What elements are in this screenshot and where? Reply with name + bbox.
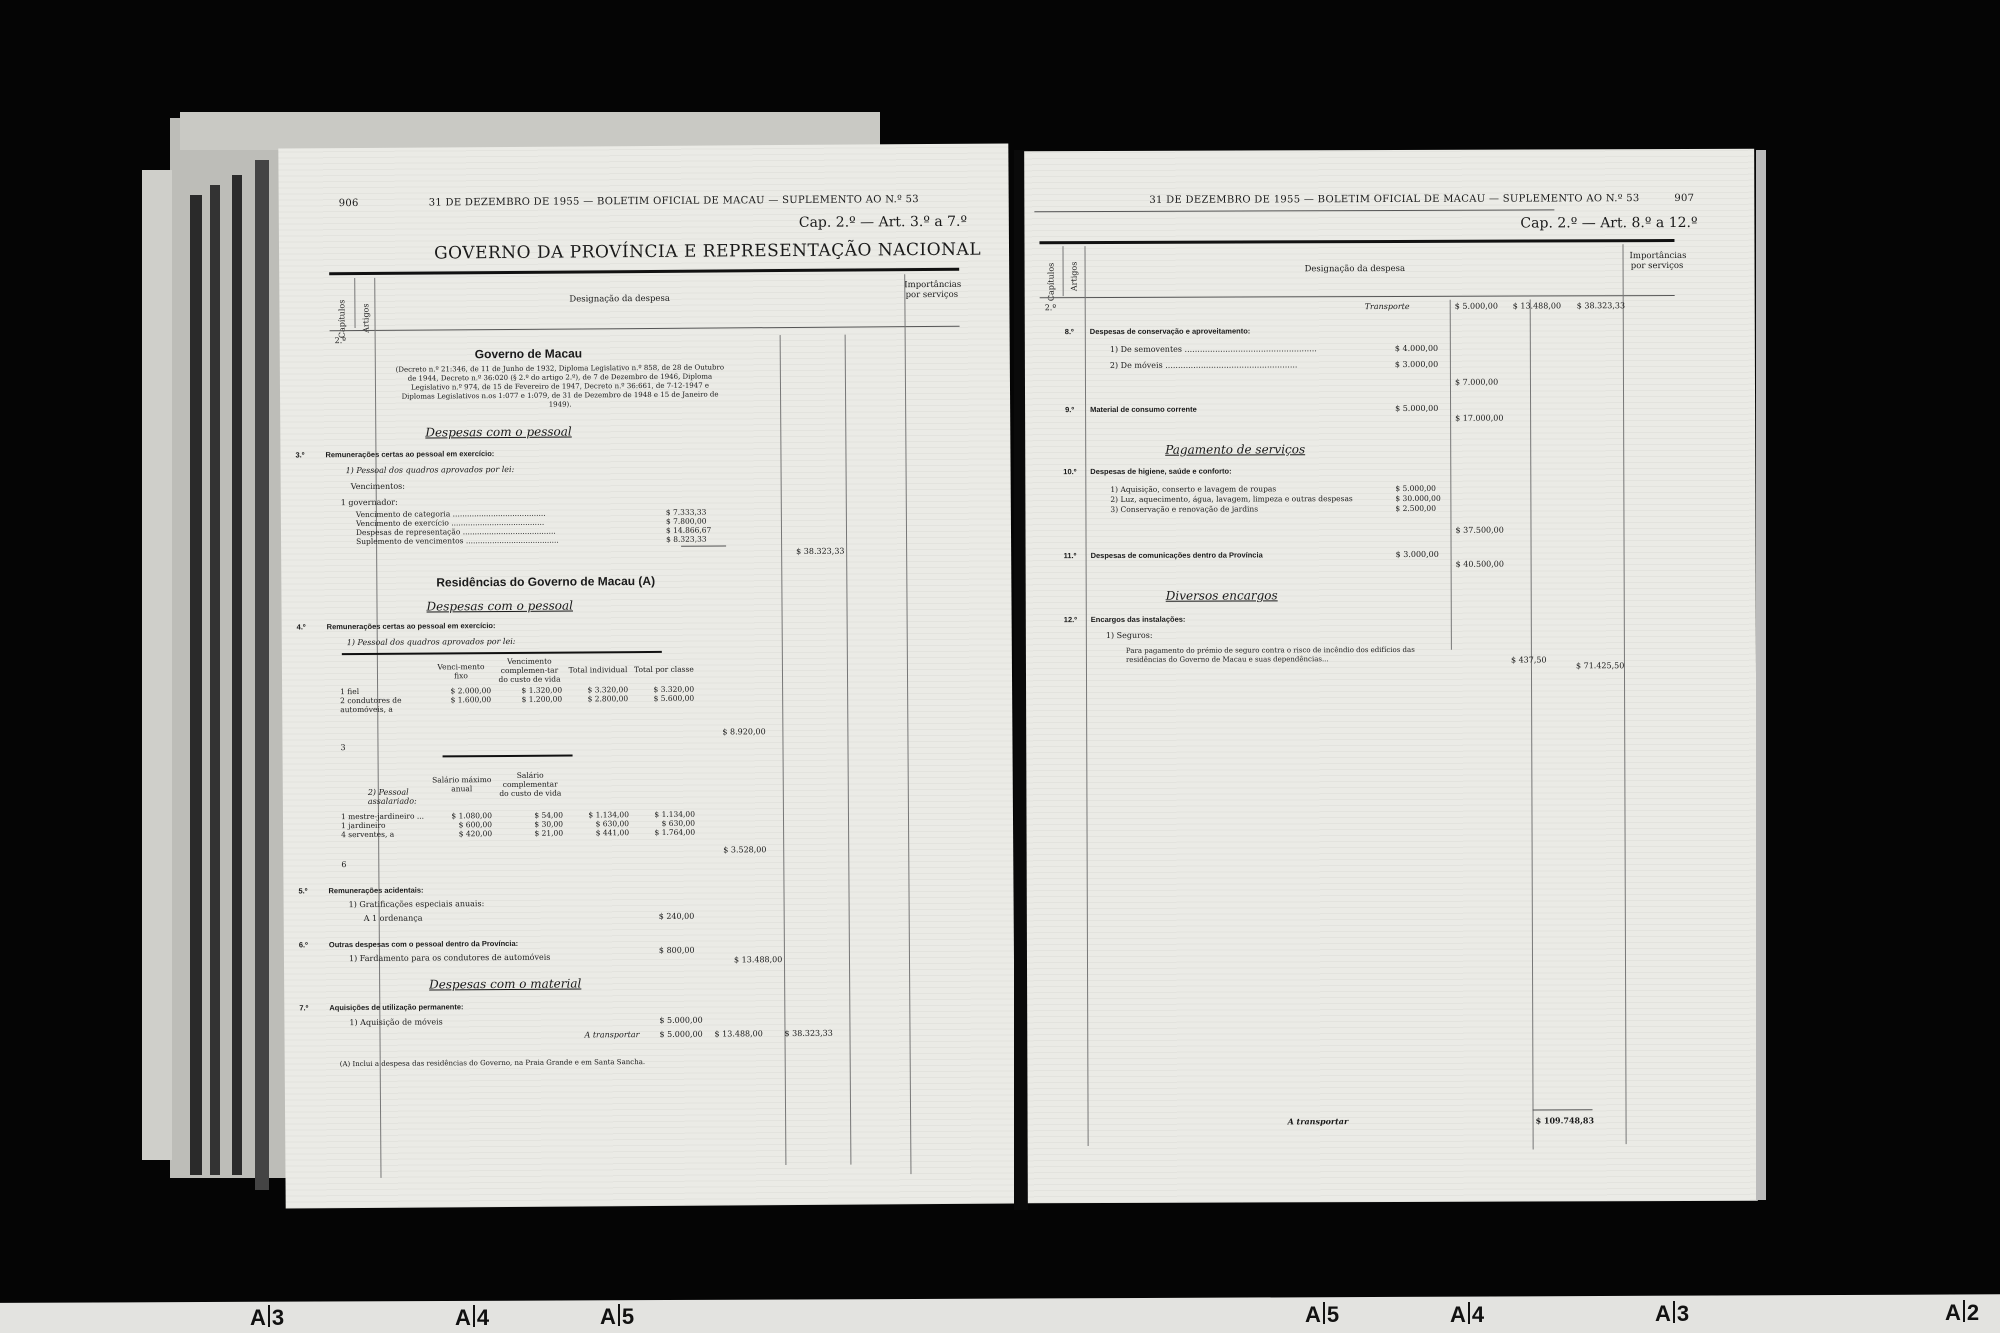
item-label: 1) Aquisição de móveis	[349, 1017, 442, 1027]
film-frame-mark: A3	[250, 1305, 284, 1331]
legal-note: (Decreto n.º 21:346, de 11 de Junho de 1…	[395, 363, 725, 410]
item-text: Para pagamento do prémio de seguro contr…	[1126, 646, 1426, 665]
table-header: Total por classe	[631, 654, 697, 685]
article-number: 7.º	[299, 1003, 308, 1012]
transport-label: Transporte	[1365, 302, 1410, 311]
line-label: 1) De semoventes .......................…	[1110, 344, 1317, 354]
table-cell: $ 3.320,00	[565, 685, 631, 694]
table-cell: $ 600,00	[429, 820, 495, 829]
table-header: Total individual	[565, 654, 631, 685]
col-capitulos: Capítulos	[337, 300, 346, 338]
chapter-number: 2.º	[1045, 303, 1056, 312]
film-frame-mark: A4	[455, 1305, 489, 1331]
table-cell: $ 1.764,00	[632, 828, 698, 837]
film-frame-mark: A5	[1305, 1302, 1339, 1328]
amount: $ 437,50	[1511, 655, 1547, 664]
column-divider	[904, 274, 911, 1174]
rule	[1040, 295, 1675, 298]
table-header: Venci-mento fixo	[428, 655, 494, 686]
table-cell: $ 1.600,00	[428, 695, 494, 713]
film-frame-mark: A4	[1450, 1302, 1484, 1328]
subtotal: $ 17.000,00	[1455, 414, 1503, 423]
running-header: 31 DE DEZEMBRO DE 1955 — BOLETIM OFICIAL…	[429, 194, 919, 208]
table-cell: 2 condutores de automóveis, a	[337, 696, 428, 715]
subheading: Despesas com o pessoal	[426, 599, 573, 614]
item-label: 1) Pessoal dos quadros aprovados por lei…	[346, 465, 515, 475]
article-title: Despesas de higiene, saúde e conforto:	[1090, 467, 1231, 476]
article-title: Aquisições de utilização permanente:	[329, 1002, 463, 1012]
amount: $ 5.000,00	[1395, 404, 1438, 413]
article-number: 12.º	[1064, 615, 1077, 624]
page-number: 906	[339, 198, 359, 209]
table-cell: $ 1.080,00	[429, 811, 495, 820]
table2-total: $ 3.528,00	[723, 845, 766, 854]
line-label: Suplemento de vencimentos ..............…	[356, 536, 559, 546]
film-frame-mark: A3	[1655, 1301, 1689, 1327]
table-cell: $ 630,00	[566, 819, 632, 828]
column-divider	[1622, 244, 1626, 1144]
item-label: 1) Pessoal dos quadros aprovados por lei…	[347, 637, 516, 647]
article-title: Remunerações certas ao pessoal em exercí…	[327, 621, 496, 631]
table-header: Salário máximo anual	[429, 757, 495, 811]
table-row: 2 condutores de automóveis, a$ 1.600,00$…	[337, 694, 697, 715]
art8-lines: 1) De semoventes .......................…	[1024, 149, 1754, 152]
carry-label: A transportar	[1288, 1116, 1349, 1126]
section-title: GOVERNO DA PROVÍNCIA E REPRESENTAÇÃO NAC…	[434, 240, 981, 264]
carry-value: $ 38.323,33	[784, 1029, 832, 1038]
article-title: Despesas de comunicações dentro da Proví…	[1091, 550, 1263, 560]
rule	[330, 326, 960, 331]
column-divider	[354, 278, 355, 328]
amount: $ 240,00	[659, 912, 695, 921]
art3-total: $ 38.323,33	[796, 547, 844, 556]
column-divider	[845, 335, 852, 1165]
table-count: 3	[340, 743, 345, 752]
column-divider	[1062, 246, 1063, 296]
line-label: 2) Luz, aquecimento, água, lavagem, limp…	[1110, 494, 1352, 504]
transport-value: $ 13.488,00	[1513, 301, 1561, 310]
table1-total: $ 8.920,00	[722, 727, 765, 736]
item-label: Vencimentos:	[351, 482, 405, 491]
film-frame-mark: A5	[600, 1304, 634, 1330]
item-label: 1 governador:	[341, 498, 398, 507]
article-number: 3.º	[295, 450, 304, 459]
article-title: Despesas de conservação e aproveitamento…	[1090, 326, 1251, 336]
rule	[1034, 209, 1554, 212]
line-amount: $ 14.866,67	[666, 526, 711, 535]
amount: $ 800,00	[659, 946, 695, 955]
subtotal: $ 71.425,50	[1576, 661, 1624, 670]
heading-residencias: Residências do Governo de Macau (A)	[436, 574, 655, 590]
table-cell: $ 441,00	[566, 828, 632, 837]
carry-label: A transportar	[584, 1030, 639, 1039]
subtotal: $ 7.000,00	[1455, 378, 1498, 387]
running-header: 31 DE DEZEMBRO DE 1955 — BOLETIM OFICIAL…	[1149, 193, 1639, 206]
col-importancias: Importâncias por serviços	[904, 280, 959, 300]
col-artigos: Artigos	[1070, 262, 1079, 291]
table-cell: $ 2.800,00	[565, 694, 631, 712]
line-amount: $ 4.000,00	[1395, 344, 1438, 353]
rule	[329, 268, 959, 275]
rule	[1039, 239, 1674, 244]
column-divider	[374, 278, 381, 1178]
table-cell: $ 54,00	[495, 811, 566, 820]
carry-value: $ 13.488,00	[714, 1029, 762, 1038]
heading-governo: Governo de Macau	[475, 346, 582, 361]
transport-value: $ 38.323,33	[1577, 301, 1625, 310]
article-title: Remunerações acidentais:	[328, 886, 423, 896]
table-cell: $ 630,00	[632, 819, 698, 828]
chapter-ref: Cap. 2.º — Art. 3.º a 7.º	[799, 214, 967, 231]
film-frame-mark: A2	[1945, 1300, 1979, 1326]
article-title: Material de consumo corrente	[1090, 405, 1197, 414]
table-cell: 4 serventes, a	[338, 830, 429, 840]
column-divider	[1530, 300, 1534, 1150]
article-number: 4.º	[297, 622, 306, 631]
line-label: 3) Conservação e renovação de jardins	[1110, 504, 1258, 514]
table-cell: $ 1.200,00	[494, 695, 565, 713]
subtotal: $ 40.500,00	[1456, 560, 1504, 569]
column-divider	[1450, 300, 1452, 650]
film-strip	[0, 1290, 2000, 1333]
carry-value: $ 109.748,83	[1536, 1115, 1594, 1125]
chapter-ref: Cap. 2.º — Art. 8.º a 12.º	[1520, 215, 1697, 232]
col-importancias: Importâncias por serviços	[1630, 251, 1685, 271]
amount: $ 3.000,00	[1396, 550, 1439, 559]
footnote: (A) Inclui a despesa das residências do …	[340, 1058, 645, 1069]
line-amount: $ 7.800,00	[666, 517, 707, 526]
table-row: 4 serventes, a$ 420,00$ 21,00$ 441,00$ 1…	[338, 828, 698, 840]
page-stack-edge	[255, 160, 269, 1190]
article-number: 8.º	[1065, 327, 1074, 336]
page-number: 907	[1674, 193, 1694, 204]
line-label: 1) Aquisição, conserto e lavagem de roup…	[1110, 484, 1276, 494]
art10-lines: 1) Aquisição, conserto e lavagem de roup…	[1024, 149, 1754, 152]
col-designacao: Designação da despesa	[1305, 264, 1406, 274]
transport-value: $ 5.000,00	[1455, 302, 1498, 311]
chapter-number: 2.º	[335, 336, 346, 345]
article-title: Remunerações certas ao pessoal em exercí…	[325, 449, 494, 459]
table-cell: $ 2.000,00	[428, 686, 494, 695]
amount: $ 5.000,00	[659, 1016, 702, 1025]
table-cell: $ 1.134,00	[566, 810, 632, 819]
article-number: 5.º	[298, 886, 307, 895]
rule	[1533, 1109, 1593, 1110]
line-amount: $ 7.333,33	[666, 508, 707, 517]
col-designacao: Designação da despesa	[569, 294, 670, 305]
table-cell: $ 420,00	[429, 829, 495, 838]
line-label: 2) De móveis ...........................…	[1110, 360, 1298, 370]
table-header: Salário complementar do custo de vida	[495, 757, 566, 811]
article-title: Encargos das instalações:	[1091, 615, 1186, 624]
col-capitulos: Capítulos	[1047, 263, 1056, 301]
table-header: Vencimento complemen-tar do custo de vid…	[494, 655, 565, 686]
article-number: 6.º	[299, 940, 308, 949]
subheading: Diversos encargos	[1166, 588, 1278, 602]
page-stack-edge	[170, 118, 290, 1178]
column-divider	[1084, 246, 1088, 1146]
article-number: 11.º	[1064, 551, 1077, 560]
table-cell: $ 3.320,00	[631, 685, 697, 694]
subtotal: $ 13.488,00	[734, 955, 782, 964]
subheading: Pagamento de serviços	[1165, 442, 1305, 456]
line-amount: $ 30.000,00	[1395, 494, 1440, 503]
item-label: 1) Gratificações especiais anuais:	[349, 899, 485, 909]
line-amount: $ 2.500,00	[1395, 504, 1436, 513]
table-cell: $ 1.134,00	[632, 810, 698, 819]
table-cell: $ 5.600,00	[631, 694, 697, 712]
col-artigos: Artigos	[361, 304, 370, 333]
rule	[681, 545, 726, 546]
article-number: 10.º	[1063, 467, 1076, 476]
page-stack-edge	[190, 195, 202, 1175]
carry-value: $ 5.000,00	[659, 1030, 702, 1039]
table-count: 6	[341, 860, 346, 869]
item-label: 1) Seguros:	[1106, 631, 1153, 640]
item-label: A 1 ordenança	[364, 914, 423, 923]
subtotal: $ 37.500,00	[1455, 526, 1503, 535]
column-divider	[780, 335, 787, 1165]
table-cell: $ 30,00	[495, 820, 566, 829]
item-label: 1) Fardamento para os condutores de auto…	[349, 953, 550, 963]
page-stack-edge	[142, 170, 172, 1160]
table-cell: 1 mestre-jardineiro ...	[338, 812, 429, 822]
right-page: 31 DE DEZEMBRO DE 1955 — BOLETIM OFICIAL…	[1024, 149, 1758, 1204]
page-stack-edge	[232, 175, 242, 1175]
article-title: Outras despesas com o pessoal dentro da …	[329, 939, 518, 949]
left-page: 906 31 DE DEZEMBRO DE 1955 — BOLETIM OFI…	[278, 143, 1015, 1208]
line-amount: $ 3.000,00	[1395, 360, 1438, 369]
staff-table-2: Salário máximo anual Salário complementa…	[338, 756, 699, 840]
article-number: 9.º	[1065, 405, 1074, 414]
line-amount: $ 5.000,00	[1395, 484, 1436, 493]
staff-table-1: Venci-mento fixo Vencimento complemen-ta…	[337, 654, 697, 715]
subheading: Despesas com o material	[429, 976, 581, 991]
line-amount: $ 8.323,33	[666, 535, 707, 544]
page-stack-edge	[210, 185, 220, 1175]
page-stack-edge	[1756, 150, 1766, 1200]
table-cell: $ 21,00	[495, 829, 566, 838]
subheading: Despesas com o pessoal	[425, 425, 572, 440]
